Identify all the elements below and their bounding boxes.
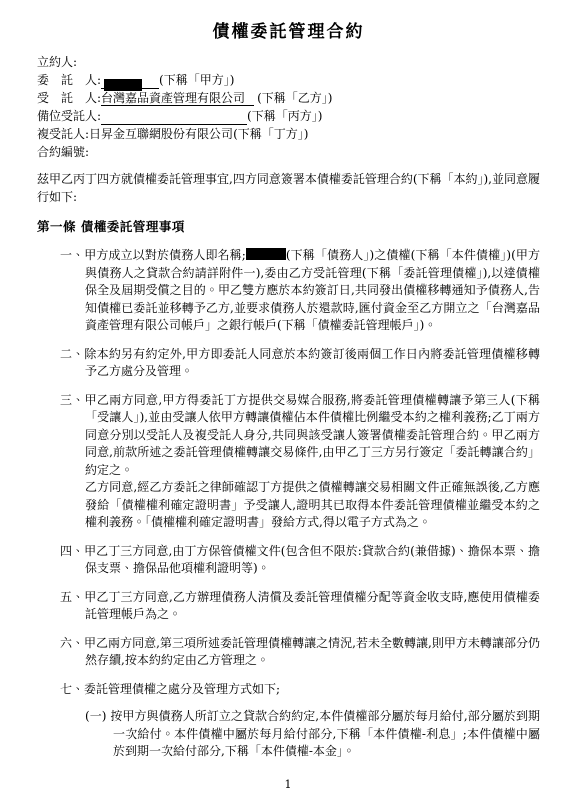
- preamble: 茲甲乙丙丁四方就債權委託管理事宜,四方同意簽署本債權委託管理合約(下稱「本約」)…: [37, 171, 540, 206]
- item-4-text: 甲乙丁三方同意,由丁方保管債權文件(包含但不限於:貸款合約(兼借據)、擔保本票、…: [84, 544, 540, 576]
- party-d-alias: (下稱「丁方」): [233, 127, 308, 141]
- party-b-name: 台灣嘉品資產管理有限公司: [101, 91, 254, 106]
- party-a-alias: (下稱「甲方」): [159, 73, 234, 87]
- party-c-alias: (下稱「丙方」): [247, 109, 322, 123]
- item-5-number: 五、: [60, 590, 84, 604]
- parties-block: 立約人: 委 託 人:(下稱「甲方」) 受 託 人:台灣嘉品資產管理有限公司(下…: [37, 53, 540, 161]
- item-3-paragraph-1: 三、甲乙兩方同意,甲方得委託丁方提供交易媒合服務,將委託管理債權轉讓予第三人(下…: [85, 392, 540, 480]
- contract-item-4: 四、甲乙丁三方同意,由丁方保管債權文件(包含但不限於:貸款合約(兼借據)、擔保本…: [37, 543, 540, 578]
- party-c-name-field: [101, 110, 247, 125]
- item-6-text: 甲乙兩方同意,第三項所述委託管理債權轉讓之情況,若未全數轉讓,則甲方未轉讓部分仍…: [84, 636, 540, 668]
- party-row-c: 備位受託人:(下稱「丙方」): [37, 107, 540, 125]
- subitem-1-text: 按甲方與債務人所訂立之貸款合約約定,本件債權部分屬於每月給付,部分屬於到期一次給…: [110, 709, 540, 758]
- signatories-label-row: 立約人:: [37, 53, 540, 71]
- item-3-text-1: 甲乙兩方同意,甲方得委託丁方提供交易媒合服務,將委託管理債權轉讓予第三人(下稱「…: [85, 393, 540, 477]
- document-title: 債權委託管理合約: [37, 20, 540, 44]
- contract-item-5: 五、甲乙丁三方同意,乙方辦理債務人清償及委託管理債權分配等資金收支時,應使用債權…: [37, 589, 540, 624]
- item-5-text: 甲乙丁三方同意,乙方辦理債務人清償及委託管理債權分配等資金收支時,應使用債權委託…: [84, 590, 540, 622]
- item-1-text-pre: 甲方成立以對於債務人即名稱;: [84, 248, 246, 262]
- party-d-name: 日昇金互聯網股份有限公司: [89, 127, 233, 141]
- contract-page: 債權委託管理合約 立約人: 委 託 人:(下稱「甲方」) 受 託 人:台灣嘉品資…: [0, 0, 576, 806]
- item-2-number: 二、: [60, 347, 84, 361]
- redaction-box-debtor-name: [246, 248, 286, 260]
- party-c-label: 備位受託人:: [37, 107, 101, 125]
- contract-number-row: 合約編號:: [37, 143, 540, 161]
- item-6-number: 六、: [60, 636, 84, 650]
- item-7-number: 七、: [60, 682, 84, 696]
- party-b-label: 受 託 人:: [37, 89, 101, 107]
- party-row-b: 受 託 人:台灣嘉品資產管理有限公司(下稱「乙方」): [37, 89, 540, 107]
- party-a-name-field: [101, 74, 159, 89]
- item-1-number: 一、: [60, 248, 84, 262]
- contract-item-1: 一、甲方成立以對於債務人即名稱;(下稱「債務人」)之債權(下稱「本件債權」)(甲…: [37, 247, 540, 335]
- contract-item-7: 七、委託管理債權之處分及管理方式如下;: [37, 681, 540, 699]
- contract-item-2: 二、除本約另有約定外,甲方即委託人同意於本約簽訂後兩個工作日內將委託管理債權移轉…: [37, 346, 540, 381]
- subitem-1-number: (一): [85, 709, 110, 723]
- party-a-label: 委 託 人:: [37, 71, 101, 89]
- contract-number-label: 合約編號:: [37, 145, 89, 159]
- item-4-number: 四、: [60, 544, 84, 558]
- item-3-paragraph-2: 乙方同意,經乙方委託之律師確認丁方提供之債權轉讓交易相關文件正確無誤後,乙方應發…: [85, 479, 540, 532]
- party-row-a: 委 託 人:(下稱「甲方」): [37, 71, 540, 89]
- contract-item-7-sub-1: (一) 按甲方與債務人所訂立之貸款合約約定,本件債權部分屬於每月給付,部分屬於到…: [37, 708, 540, 761]
- contract-item-3: 三、甲乙兩方同意,甲方得委託丁方提供交易媒合服務,將委託管理債權轉讓予第三人(下…: [37, 392, 540, 532]
- party-d-label: 複受託人:: [37, 125, 89, 143]
- signatories-label: 立約人:: [37, 55, 77, 69]
- item-7-text: 委託管理債權之處分及管理方式如下;: [84, 682, 280, 696]
- party-row-d: 複受託人:日昇金互聯網股份有限公司(下稱「丁方」): [37, 125, 540, 143]
- article-heading: 第一條 債權委託管理事項: [37, 218, 540, 236]
- item-2-text: 除本約另有約定外,甲方即委託人同意於本約簽訂後兩個工作日內將委託管理債權移轉予乙…: [84, 347, 540, 379]
- item-3-number: 三、: [60, 393, 85, 407]
- page-number: 1: [0, 778, 576, 792]
- contract-item-6: 六、甲乙兩方同意,第三項所述委託管理債權轉讓之情況,若未全數轉讓,則甲方未轉讓部…: [37, 635, 540, 670]
- party-b-alias: (下稱「乙方」): [257, 91, 332, 105]
